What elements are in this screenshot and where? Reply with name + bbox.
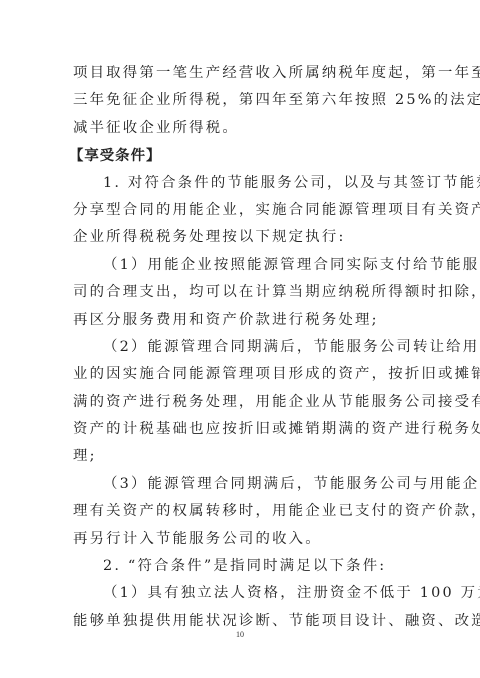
paragraph-line: 司的合理支出，均可以在计算当期应纳税所得额时扣除，不	[73, 279, 409, 306]
paragraph-line: 业的因实施合同能源管理项目形成的资产，按折旧或摊销期	[73, 361, 409, 388]
paragraph-line: 理有关资产的权属转移时，用能企业已支付的资产价款，不	[73, 498, 409, 525]
paragraph-line: （3）能源管理合同期满后，节能服务公司与用能企业办	[73, 471, 409, 498]
paragraph-line: 满的资产进行税务处理，用能企业从节能服务公司接受有关	[73, 389, 409, 416]
paragraph-line: 再区分服务费用和资产价款进行税务处理;	[73, 307, 409, 334]
section-heading: 【享受条件】	[69, 142, 409, 169]
paragraph-line: 2. “符合条件”是指同时满足以下条件:	[73, 553, 409, 580]
paragraph-line: 分享型合同的用能企业，实施合同能源管理项目有关资产的	[73, 197, 409, 224]
paragraph-line: （2）能源管理合同期满后，节能服务公司转让给用能企	[73, 334, 409, 361]
paragraph-line: （1）具有独立法人资格，注册资金不低于 100 万元，且	[73, 580, 409, 607]
paragraph-line: 项目取得第一笔生产经营收入所属纳税年度起，第一年至第	[73, 60, 409, 87]
paragraph-line: 再另行计入节能服务公司的收入。	[73, 526, 409, 553]
paragraph-line: （1）用能企业按照能源管理合同实际支付给节能服务公	[73, 252, 409, 279]
paragraph-line: 理;	[73, 443, 409, 470]
paragraph-line: 三年免征企业所得税，第四年至第六年按照 25%的法定税率	[73, 87, 409, 114]
paragraph-line: 减半征收企业所得税。	[73, 115, 409, 142]
document-body: 项目取得第一笔生产经营收入所属纳税年度起，第一年至第 三年免征企业所得税，第四年…	[73, 60, 409, 635]
paragraph-line: 企业所得税税务处理按以下规定执行:	[73, 224, 409, 251]
paragraph-line: 1. 对符合条件的节能服务公司，以及与其签订节能效益	[73, 170, 409, 197]
paragraph-line: 资产的计税基础也应按折旧或摊销期满的资产进行税务处	[73, 416, 409, 443]
page-number: 10	[0, 630, 480, 639]
